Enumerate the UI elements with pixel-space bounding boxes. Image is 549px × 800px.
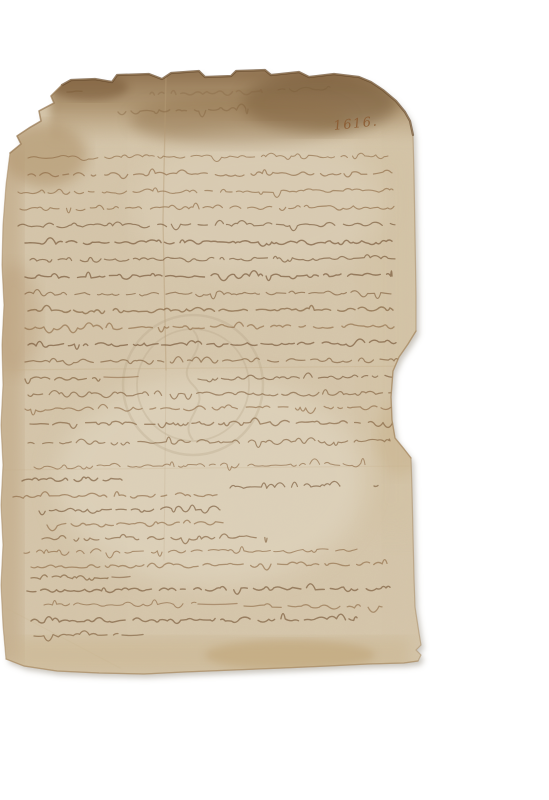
manuscript-scan-canvas: 1616. xyxy=(0,0,549,800)
manuscript-page: 1616. xyxy=(0,65,430,680)
scanned-document: 1616. xyxy=(0,0,549,800)
